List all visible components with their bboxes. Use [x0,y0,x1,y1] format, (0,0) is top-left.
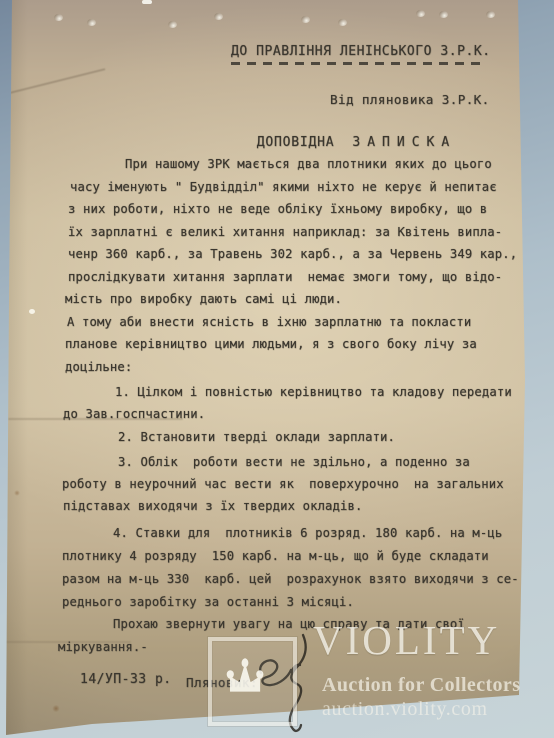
typed-line: мість про виробку дають самі ці люди. [65,292,342,306]
typed-line: підставах виходячи з їх твердих окладів. [63,499,363,513]
from-line: Від пляновика З.Р.К. [330,92,490,107]
document-title: ДОПОВІДНАЗАПИСКА [205,120,456,165]
paper-crease [0,68,106,98]
typed-line: плотнику 4 розряду 150 карб. на м-ць, що… [62,549,489,563]
emboss-dot [87,19,96,26]
typed-line: реднього заробітку за останні 3 місяці. [62,595,354,609]
watermark-brand: VIOLITY [313,616,500,664]
watermark-url: auction.violity.com [322,698,488,721]
typed-line: доцільне: [65,360,132,374]
paper-stain [52,705,60,712]
typed-line: роботу в неурочний час вести як поверхур… [62,477,504,491]
paper-stain [14,490,20,496]
title-word-2: ЗАПИСКА [352,135,456,150]
typed-line: планове керівництво цими людьми, я з сво… [65,337,477,351]
title-word-1: ДОПОВІДНА [257,135,335,150]
emboss-dot [416,10,425,17]
crown-icon [212,641,285,714]
typed-line: з них роботи, ніхто не веде обліку їхньо… [68,202,487,216]
document-photo: ДО ПРАВЛІННЯ ЛЕНІНСЬКОГО З.Р.К. Від плян… [0,0,554,738]
paper-defect [29,309,35,314]
emboss-dot [439,11,448,18]
typed-line: А тому аби внести ясність в іхню зарплат… [67,315,471,329]
paper-defect [142,0,152,4]
typed-line: до Зав.госпчастини. [63,407,205,421]
typed-line: міркування.- [58,640,148,654]
typed-line: При нашому ЗРК мається два плотники яких… [125,157,492,171]
emboss-dot [168,21,177,28]
emboss-dot [338,19,347,26]
typed-line: 1. Цілком і повністью керівництво та кла… [115,385,512,399]
typed-line: 4. Ставки для плотників 6 розряд. 180 ка… [113,526,502,540]
typed-line: ченр 360 карб., за Травень 302 карб., а … [68,247,517,261]
typed-line: 2. Встановити тверді оклади зарплати. [118,430,395,444]
watermark-tagline: Auction for Collectors [322,674,520,697]
typed-line: разом на м-ць 330 карб. цей розрахунок в… [62,572,519,586]
emboss-dot [301,16,310,23]
emboss-dot [214,13,223,20]
typed-line: 3. Облік роботи вести не здільно, а поде… [118,455,470,469]
emboss-dot [486,11,495,18]
recipient-line: ДО ПРАВЛІННЯ ЛЕНІНСЬКОГО З.Р.К. [231,44,491,59]
emboss-dot [54,14,63,21]
paper-crease [6,641,131,643]
typed-line: прослідкувати хитання зарплати немає змо… [68,270,502,284]
typed-line: їх зарплатні є великі хитання наприклад:… [68,225,502,239]
watermark-frame [208,637,297,726]
typed-line: часу іменують " Будвідділ" якими ніхто н… [70,180,497,194]
paper-crease [8,418,183,420]
date-line: 14/УП-33 р. [80,672,172,687]
dashed-underline [231,62,487,65]
